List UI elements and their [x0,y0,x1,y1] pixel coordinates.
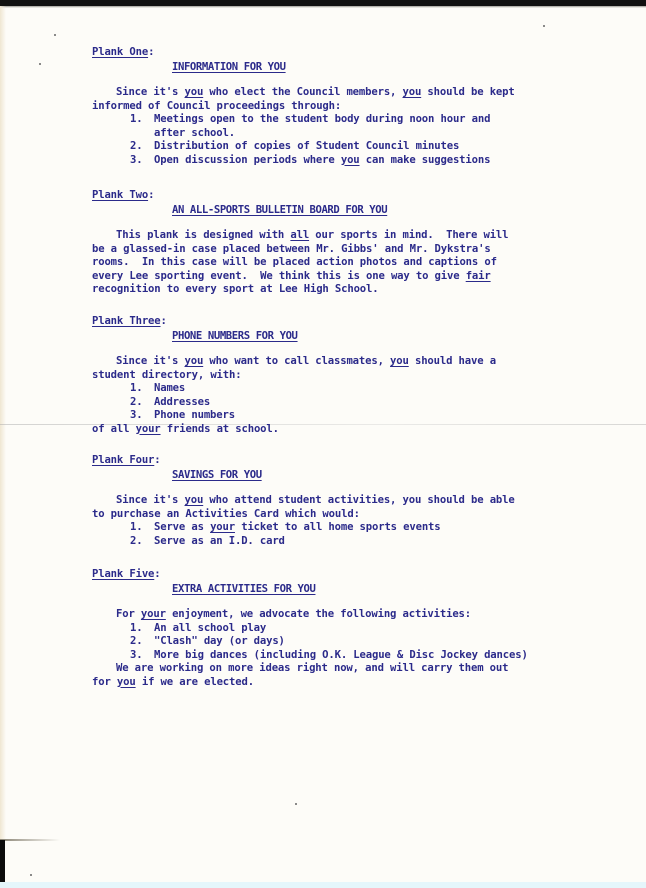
body-line: to purchase an Activities Card which wou… [92,508,532,522]
list-item-number: 2. [130,535,154,549]
plank-body: Since it's you who want to call classmat… [92,355,532,436]
plank-two: Plank Two:AN ALL-SPORTS BULLETIN BOARD F… [92,189,532,297]
text-run: "Clash" day (or days) [154,635,285,647]
plank-one: Plank One:INFORMATION FOR YOUSince it's … [92,46,532,167]
text-run: student directory, with: [92,369,241,381]
plank-label-colon: : [154,568,160,580]
underlined-word: you [390,355,409,367]
list-item-number: 1. [130,113,154,127]
plank-label-text: Plank Four [92,454,154,466]
text-run: An all school play [154,622,266,634]
list-item-number: 2. [130,396,154,410]
text-run: This plank is designed with [116,229,290,241]
plank-label-text: Plank Five [92,568,154,580]
underlined-word: your [136,423,161,435]
plank-label-text: Plank One [92,46,148,58]
list-item-number: 1. [130,382,154,396]
underlined-word: you [185,355,204,367]
body-line: Since it's you who elect the Council mem… [92,86,532,100]
plank-label-text: Plank Two [92,189,148,201]
text-run: Since it's [116,355,185,367]
body-line: every Lee sporting event. We think this … [92,270,532,284]
text-run: after school. [154,127,235,139]
text-run: should be kept [421,86,514,98]
list-item-number: 2. [130,635,154,649]
plank-label: Plank Two: [92,189,532,203]
text-run: be a glassed-in case placed between Mr. … [92,243,491,255]
paper-speck [30,874,32,876]
body-line: for you if we are elected. [92,676,532,690]
text-run: rooms. In this case will be placed actio… [92,256,497,268]
text-run: who elect the Council members, [203,86,402,98]
text-run: ticket to all home sports events [235,521,441,533]
plank-three: Plank Three:PHONE NUMBERS FOR YOUSince i… [92,315,532,436]
text-run: for [92,676,117,688]
list-item: 1.Names [92,382,532,396]
plank-body: This plank is designed with all our spor… [92,229,532,297]
plank-body: For your enjoyment, we advocate the foll… [92,608,532,689]
text-run: Serve as [154,521,210,533]
plank-heading: AN ALL-SPORTS BULLETIN BOARD FOR YOU [172,204,532,218]
text-run: every Lee sporting event. We think this … [92,270,466,282]
plank-label-colon: : [154,454,160,466]
body-line: be a glassed-in case placed between Mr. … [92,243,532,257]
list-item: 1.An all school play [92,622,532,636]
text-run: can make suggestions [360,154,491,166]
list-item: 1.Meetings open to the student body duri… [92,113,532,127]
list-item-number: 1. [130,521,154,535]
list-item-number: 3. [130,409,154,423]
text-run: Open discussion periods where [154,154,341,166]
plank-heading: INFORMATION FOR YOU [172,61,532,75]
plank-body: Since it's you who elect the Council mem… [92,86,532,167]
underlined-word: all [290,229,309,241]
text-run: if we are elected. [136,676,254,688]
plank-heading: SAVINGS FOR YOU [172,469,532,483]
plank-label-colon: : [161,315,167,327]
text-run: who want to call classmates, [203,355,390,367]
body-line: recognition to every sport at Lee High S… [92,283,532,297]
plank-body: Since it's you who attend student activi… [92,494,532,548]
paper-bottom-edge [0,839,60,841]
text-run: Since it's [116,494,185,506]
paper-speck [295,803,297,805]
list-item-number: 2. [130,140,154,154]
list-item: after school. [92,127,532,141]
text-run: Serve as an I.D. card [154,535,285,547]
text-run: friends at school. [161,423,279,435]
underlined-word: you [117,676,136,688]
plank-label: Plank Three: [92,315,532,329]
body-line: This plank is designed with all our spor… [92,229,532,243]
list-item-number: 3. [130,154,154,168]
plank-label: Plank Four: [92,454,532,468]
paper-speck [543,25,545,27]
list-item: 3.Phone numbers [92,409,532,423]
plank-five: Plank Five:EXTRA ACTIVITIES FOR YOUFor y… [92,568,532,689]
plank-label-colon: : [148,46,154,58]
list-item-number: 3. [130,649,154,663]
body-line: student directory, with: [92,369,532,383]
text-run: recognition to every sport at Lee High S… [92,283,379,295]
list-item: 2.Distribution of copies of Student Coun… [92,140,532,154]
body-line: We are working on more ideas right now, … [92,662,532,676]
text-run: informed of Council proceedings through: [92,100,341,112]
text-run: Meetings open to the student body during… [154,113,490,125]
text-run: our sports in mind. There will [309,229,508,241]
text-run: should have a [409,355,496,367]
underlined-word: fair [466,270,491,282]
text-run: Phone numbers [154,409,235,421]
list-item: 3.More big dances (including O.K. League… [92,649,532,663]
list-item: 1.Serve as your ticket to all home sport… [92,521,532,535]
scan-left-bottom-edge [0,840,5,888]
text-run: Addresses [154,396,210,408]
body-line: rooms. In this case will be placed actio… [92,256,532,270]
underlined-word: your [210,521,235,533]
underlined-word: you [185,494,204,506]
underlined-word: you [341,154,360,166]
plank-four: Plank Four:SAVINGS FOR YOUSince it's you… [92,454,532,548]
plank-label: Plank One: [92,46,532,60]
underlined-word: you [403,86,422,98]
text-run: of all [92,423,136,435]
text-run: who attend student activities, you shoul… [203,494,514,506]
underlined-word: you [185,86,204,98]
plank-heading: EXTRA ACTIVITIES FOR YOU [172,583,532,597]
text-run: We are working on more ideas right now, … [116,662,508,674]
list-item-number: 1. [130,622,154,636]
list-item: 2.Addresses [92,396,532,410]
body-line: of all your friends at school. [92,423,532,437]
plank-label-colon: : [148,189,154,201]
body-line: informed of Council proceedings through: [92,100,532,114]
list-item: 3.Open discussion periods where you can … [92,154,532,168]
body-line: For your enjoyment, we advocate the foll… [92,608,532,622]
body-line: Since it's you who attend student activi… [92,494,532,508]
text-run: Distribution of copies of Student Counci… [154,140,459,152]
body-line: Since it's you who want to call classmat… [92,355,532,369]
text-run: to purchase an Activities Card which wou… [92,508,360,520]
text-run: For [116,608,141,620]
text-run: Since it's [116,86,185,98]
scan-top-edge [0,0,646,6]
text-run: Names [154,382,185,394]
scan-bottom-edge [0,882,646,888]
paper-speck [39,63,41,65]
paper-speck [54,34,56,36]
list-item: 2.Serve as an I.D. card [92,535,532,549]
text-run: enjoyment, we advocate the following act… [166,608,471,620]
list-item: 2."Clash" day (or days) [92,635,532,649]
underlined-word: your [141,608,166,620]
text-run: More big dances (including O.K. League &… [154,649,528,661]
plank-heading: PHONE NUMBERS FOR YOU [172,330,532,344]
plank-label-text: Plank Three [92,315,161,327]
plank-label: Plank Five: [92,568,532,582]
